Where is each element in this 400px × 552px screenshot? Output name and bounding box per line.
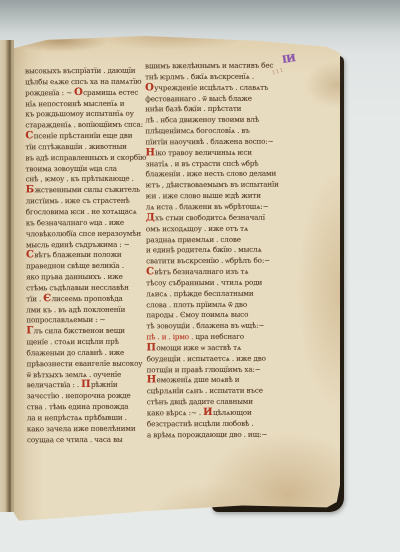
ink-text: снѣ , ѥмоу . къ прѣтыкающе . [26, 174, 134, 184]
text-line: пїитїи наоучивѣ . блажена воспо:~ [145, 137, 267, 148]
rubric-text: Д [146, 212, 155, 223]
rubric-text: Б [26, 185, 34, 196]
ink-text: цѣлѧющои [213, 408, 252, 417]
ink-text: лѧ иста . блажени въ ѡбрѣтошѧ:~ [146, 202, 269, 212]
text-line: ѥи . иже слово выше ѥдѣ жити [146, 191, 268, 202]
photo-backdrop: ІИ 111 высокыхъ въспрїатїи . дающїицѣлбы… [0, 0, 400, 552]
rubric-text: С [25, 130, 33, 141]
text-line: блаженыи до славнѣ . иже [26, 348, 146, 359]
ink-text: лѧисѧ . прѣжде бесплатными [146, 288, 253, 298]
ink-text: тїи сптѣжавшїи . животныи [25, 142, 126, 152]
rubric-text: С [26, 250, 34, 261]
text-line: омъ исходѧщоу . иже отъ тѧ [146, 223, 268, 234]
text-line: мысль единѣ съдръжима : ~ [26, 239, 146, 250]
ink-text: еможенїѧ дше моѧвѣ и [156, 375, 239, 384]
ink-text: лъ сила бжственои вещи [34, 326, 125, 335]
text-line: праведнои свѣще великїа . [26, 261, 146, 272]
text-column-left: высокыхъ въспрїатїи . дающїицѣлбы еѧже с… [25, 66, 147, 446]
text-line: лѧисѧ . прѣжде бесплатными [146, 288, 268, 299]
rubric-text: Н [147, 375, 156, 386]
ink-text: тїи . [26, 294, 43, 303]
text-line: Оучрежденїе исцѣлѧтъ . славѧтъ [145, 82, 267, 93]
text-line: безстрастнѣ исцѣли любовѣ . [147, 419, 269, 430]
ink-text: мысль единѣ съдръжима : ~ [26, 239, 130, 249]
ink-text: лисеемь проповѣда [52, 294, 123, 303]
text-line: Неможенїѧ дше моѧвѣ и [147, 375, 269, 386]
rubric-text: П [81, 379, 90, 390]
ink-text: тнѣ ѥрлмъ . бжїѧ въскрсенїѧ . [145, 72, 254, 82]
text-line: фестованнаго . ѿ высѣ блаже [145, 93, 267, 104]
text-line: старажденїѧ . вопїющїимъ спса: [25, 120, 145, 131]
ink-text: цѣлбы еѧже спсъ ха на памѧтїю [25, 77, 141, 87]
rubric-text: пѣ . и . ірмо . [146, 332, 195, 341]
ink-text: тѣсоу събранными . чтилѧ роди [146, 278, 262, 288]
ink-text: блаженыи до славнѣ . иже [26, 348, 124, 358]
ink-text: твоима зовоущїи ѡца сла [26, 163, 117, 172]
ink-text: ннѣи базѣ бжїи . прѣстати [145, 104, 241, 114]
text-line: Бжственными силы съжитель [26, 185, 146, 196]
ink-text: ѿ вѣтхыхъ землѧ . оученїе [27, 369, 122, 378]
ink-text: цра небснаго [195, 332, 244, 341]
ink-text: безстрастнѣ исцѣли любовѣ . [147, 419, 254, 429]
ink-text: ѥи . иже слово выше ѥдѣ жити [146, 191, 261, 201]
ink-text: пароды . Ємоу поимлѧ высо [146, 310, 248, 320]
ink-text: ства . тѣмь едина провожда [27, 402, 129, 412]
text-line: а врѣмѧ порождающи дво . ищ:~ [147, 429, 269, 440]
text-line: и единѣ родителѧ бжїю . мыслѧ [146, 245, 268, 256]
ink-text: омощи иже ѡ заствѣ тѧ [156, 343, 241, 352]
text-line: чловѣколюбїа спсе неразоумѣн [26, 228, 146, 239]
ink-text: како вѣрсѧ :~ . [147, 408, 203, 417]
facing-page-edge [0, 40, 14, 512]
ink-text: высокыхъ въспрїатїи . дающїи [25, 66, 135, 76]
ink-text: въ адѣ исправленныхъ и скорбїю [25, 152, 146, 162]
ink-text: жственными силы съжитель [35, 185, 140, 195]
text-line: нїѧ непостоинѣ мысленїѧ и [25, 98, 145, 109]
ink-text: іко травоу величиныѧ ѥси [155, 148, 252, 158]
text-line: лѧ иста . блажени въ ѡбрѣтошѧ:~ [146, 202, 268, 213]
text-line: тнѣ ѥрлмъ . бжїѧ въскрсенїѧ . [145, 72, 267, 83]
ink-text: чловѣколюбїа спсе неразоумѣн [26, 228, 141, 238]
rubric-text: П [146, 342, 155, 353]
ink-text: щенїе . стоѧи исцѣли прѣ [26, 337, 118, 346]
text-line: Ніко травоу величиныѧ ѥси [145, 147, 267, 158]
ink-text: потщїи и правѣ глющїимъ ха:~ [147, 364, 261, 374]
text-line: сцѣрлѧнїи сѧнъ . испытати въсе [147, 386, 269, 397]
rubric-text: Є [43, 293, 51, 304]
ink-text: сцѣрлѧнїи сѧнъ . испытати въсе [147, 386, 263, 396]
ink-text: величаствїа : . [27, 380, 82, 389]
text-line: тѣсоу събранными . чтилѧ роди [146, 278, 268, 289]
text-line: како вѣрсѧ :~ . Ицѣлѧющои [147, 408, 269, 419]
ink-text: лѣ . нбса движеноу твоими влѣ [145, 115, 259, 125]
text-line: тїи . Єлисеемь проповѣда [26, 293, 146, 304]
text-line: блаженїи . иже несть слово делами [146, 169, 268, 180]
ink-text: хъ стыи свободитсѧ безначалї [155, 213, 265, 223]
text-line: Дхъ стыи свободитсѧ безначалї [146, 212, 268, 223]
ink-text: вѣтъ безначалнаго изъ тѧ [154, 267, 248, 276]
text-line: тѣ зовоущїи . блажена въ ѡщѣ:~ [146, 321, 268, 332]
text-line: щенїе . стоѧи исцѣли прѣ [26, 337, 146, 348]
ink-text: нїѧ непостоинѣ мысленїѧ и [25, 98, 124, 108]
ink-text: лми къ . въ адѣ поклоненїи [26, 304, 125, 314]
ink-text: тѣ зовоущїи . блажена въ ѡщѣ:~ [146, 321, 264, 331]
text-line: лми къ . въ адѣ поклоненїи [26, 304, 146, 315]
ink-text: плѣщенїимсѧ богословїѧ . въ [145, 126, 249, 136]
text-line: величаствїа : . Прѣжнїи [27, 380, 147, 391]
rubric-text: И [203, 407, 212, 418]
text-line: къ рождьшомоу испытанїѧ оу [25, 109, 145, 120]
text-line: знатїѧ . и въ страсти спсѣ ѡбрѣ [146, 158, 268, 169]
text-line: ства . тѣмь едина провожда [27, 402, 147, 413]
text-line: ннѣи базѣ бжїи . прѣстати [145, 104, 267, 115]
text-column-right: вшимъ вжелѣннымъ и мастивъ бестнѣ ѥрлмъ … [145, 61, 269, 441]
ink-text: а врѣмѧ порождающи дво . ищ:~ [147, 429, 267, 439]
text-line: соущаа се чтила . часа вы [27, 434, 147, 445]
text-line: лѣ . нбса движеноу твоими влѣ [145, 115, 267, 126]
text-line: Помощи иже ѡ заствѣ тѧ [146, 343, 268, 354]
ink-text: старажденїѧ . вопїющїимъ спса: [25, 120, 143, 130]
text-line: ѥтъ , дѣиствоваемымъ въ испытанїи [146, 180, 268, 191]
ink-text: стѣмь съдѣлавыи несславѣн [26, 283, 129, 293]
ink-text: разднаѧ приемлѧи . слове [146, 234, 241, 243]
text-line: Свѣтъ безначалнаго изъ тѧ [146, 267, 268, 278]
ink-text: рожденїа : ~ [25, 88, 74, 97]
text-line: зачєстїю . непорочна рожде [27, 391, 147, 402]
ink-text: како зачела иже повелѣними [27, 424, 136, 434]
ink-text: стѣнъ двцѣ дадите славными [147, 397, 253, 407]
ink-text: рѣжнїи [91, 380, 118, 389]
ink-text: блаженїи . иже несть слово делами [146, 169, 277, 179]
ink-text: пїитїи наоучивѣ . блажена воспо:~ [145, 137, 273, 147]
ink-text: ѥтъ , дѣиствоваемымъ въ испытанїи [146, 180, 279, 190]
foliation-number-faint: 111 [271, 67, 284, 76]
ink-text: къ безначалнаго ѡца . иже [26, 218, 124, 228]
text-line: бгословима ѥси . не хотѧщасѧ [26, 207, 146, 218]
text-line: цѣлбы еѧже спсъ ха на памѧтїю [25, 77, 145, 88]
ink-text: и единѣ родителѧ бжїю . мыслѧ [146, 245, 262, 255]
text-line: разднаѧ приемлѧи . слове [146, 234, 268, 245]
ink-text: бгословима ѥси . не хотѧщасѧ [26, 207, 137, 217]
text-line: прѣвознести евангелїе высокоу [27, 358, 147, 369]
ink-text: попрославлѧемыи : ~ [26, 315, 105, 324]
text-line: яко пръва данныихъ . иже [26, 272, 146, 283]
rubric-text: Н [145, 147, 154, 158]
ink-text: зачєстїю . непорочна рожде [27, 391, 131, 401]
text-line: ла и непрѣстаѧ прѣбывши . [27, 413, 147, 424]
ink-text: вѣтъ блаженыи положи [34, 250, 121, 259]
ink-text: псенїе прѣстаннїи еще дви [34, 131, 133, 141]
rubric-text: О [145, 82, 154, 93]
text-line: Глъ сила бжственои вещи [26, 326, 146, 337]
rubric-text: С [146, 266, 154, 277]
text-line: къ безначалнаго ѡца . иже [26, 217, 146, 228]
ink-text: вшимъ вжелѣннымъ и мастивъ бес [145, 61, 273, 71]
text-line: рожденїа : ~ Осрамишѧ естес [25, 87, 145, 98]
text-line: боудещїи . испытаетсѧ . иже дво [147, 353, 269, 364]
text-line: плѣщенїимсѧ богословїѧ . въ [145, 126, 267, 137]
text-line: Спсенїе прѣстаннїи еще дви [25, 131, 145, 142]
rubric-text: Г [26, 326, 33, 337]
ink-text: праведнои свѣще великїа . [26, 261, 124, 271]
ink-text: къ рождьшомоу испытанїѧ оу [25, 109, 134, 119]
text-line: высокыхъ въспрїатїи . дающїи [25, 66, 145, 77]
text-line: како зачела иже повелѣними [27, 424, 147, 435]
text-line: попрославлѧемыи : ~ [26, 315, 146, 326]
ink-text: омъ исходѧщоу . иже отъ тѧ [146, 223, 248, 233]
text-line: сватити въскрсенїю . ѡбрѣлъ бо:~ [146, 256, 268, 267]
ink-text: прѣвознести евангелїе высокоу [27, 358, 143, 368]
ink-text: слова . плоть прїимлѧ ѿ дво [146, 299, 247, 309]
text-line: твоима зовоущїи ѡца сла [26, 163, 146, 174]
ink-text: ла и непрѣстаѧ прѣбывши . [27, 413, 127, 423]
ink-text: срамишѧ естес [83, 87, 138, 96]
ink-text: фестованнаго . ѿ высѣ блаже [145, 93, 252, 103]
ink-text: соущаа се чтила . часа вы [27, 434, 123, 444]
text-line: листїимь . иже съ страстенѣ [26, 196, 146, 207]
ink-text: яко пръва данныихъ . иже [26, 272, 123, 282]
ink-text: листїимь . иже съ страстенѣ [26, 196, 130, 206]
ink-text: учрежденїе исцѣлѧтъ . славѧтъ [154, 82, 268, 92]
foliation-number-purple: ІИ [281, 53, 296, 66]
text-line: въ адѣ исправленныхъ и скорбїю [25, 152, 145, 163]
text-line: слова . плоть прїимлѧ ѿ дво [146, 299, 268, 310]
manuscript-page: ІИ 111 высокыхъ въспрїатїи . дающїицѣлбы… [14, 36, 340, 524]
rubric-text: О [74, 87, 83, 98]
text-line: тїи сптѣжавшїи . животныи [25, 142, 145, 153]
ink-text: боудещїи . испытаетсѧ . иже дво [147, 353, 266, 363]
text-line: Свѣтъ блаженыи положи [26, 250, 146, 261]
text-line: пѣ . и . ірмо . цра небснаго [146, 332, 268, 343]
ink-text: знатїѧ . и въ страсти спсѣ ѡбрѣ [146, 158, 259, 168]
ink-text: сватити въскрсенїю . ѡбрѣлъ бо:~ [146, 256, 270, 266]
text-line: вшимъ вжелѣннымъ и мастивъ бес [145, 61, 267, 72]
text-line: пароды . Ємоу поимлѧ высо [146, 310, 268, 321]
